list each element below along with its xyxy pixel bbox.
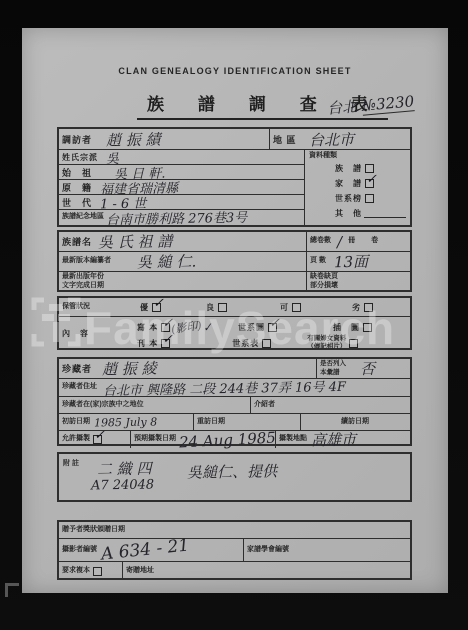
- followup-visit-label: 續訪日期: [341, 418, 369, 427]
- condition-fair-label: 可: [280, 302, 289, 313]
- ancestor-label: 始 祖: [62, 166, 92, 179]
- owner-address-label: 珍藏者住址: [62, 383, 97, 392]
- pedigree-table-label: 世系表: [232, 338, 259, 349]
- owner-address-value: 台北市 興隆路 二段 244巷 37弄 16号 4F: [103, 376, 346, 399]
- notes-label: 附 註: [63, 460, 79, 469]
- condition-fair-checkbox: [292, 303, 301, 312]
- filming-place-value: 高雄市: [311, 429, 356, 451]
- section-owner: 珍藏者 趙 振 綾 是否列入 本彙譜 否 珍藏者住址 台北市 興隆路 二段 24…: [57, 357, 412, 446]
- material-header: 資料種類: [309, 152, 406, 161]
- material-shixibang-label: 世系榜: [335, 193, 362, 204]
- section-numbering: 贈予者獎狀頒贈日期 攝影者編號 A 634 - 21 家譜學會編號 要求複本 寄…: [57, 520, 412, 580]
- partial-damage-label: 部分損壞: [310, 282, 338, 291]
- location-label: 族譜紀念地區: [62, 213, 104, 222]
- owner-value: 趙 振 綾: [102, 358, 157, 380]
- pages-label: 頁 數: [310, 257, 326, 266]
- title-value: 吳 氏 祖 譜: [98, 230, 173, 252]
- filming-date-label: 預期攝製日期: [134, 435, 176, 444]
- material-other-label: 其 他: [335, 208, 362, 219]
- printed-check: ✓: [162, 332, 173, 347]
- section-notes: 附 註 二 織 四 吳縋仁、提供 A7 24048: [57, 452, 412, 502]
- scanned-form-paper: CLAN GENEALOGY IDENTIFICATION SHEET 族 譜 …: [22, 28, 448, 593]
- society-number-label: 家譜學會編號: [247, 546, 289, 555]
- content-label: 內 容: [62, 328, 89, 339]
- listed-value: 否: [360, 358, 375, 379]
- manuscript-checkbox: ✓: [161, 323, 170, 332]
- interviewer-value: 趙 振 績: [106, 128, 161, 150]
- material-zupu-label: 族 譜: [335, 163, 362, 174]
- condition-excellent-label: 優: [140, 302, 149, 313]
- section-interview-info: 調訪者 趙 振 績 地 區 台北市 姓氏宗派 吳 始 祖 吳 日 軒. 原 籍: [57, 127, 412, 227]
- volumes-label: 總卷數: [310, 237, 331, 246]
- women-records-sub: （傳記相片）: [307, 343, 346, 351]
- filming-date-value: 24 Aug 1985: [179, 428, 277, 451]
- city-note: 台北: [326, 97, 357, 118]
- condition-good-checkbox: [218, 303, 227, 312]
- first-visit-label: 初訪日期: [62, 418, 90, 427]
- photocopy-check: ✓: [202, 320, 213, 334]
- condition-label: 保管狀況: [62, 303, 90, 312]
- material-jiapu-check: ✓: [366, 172, 377, 187]
- pedigree-chart-check: ✓: [269, 316, 280, 331]
- sheet-title-en: CLAN GENEALOGY IDENTIFICATION SHEET: [22, 66, 448, 76]
- listed-label-line1: 是否列入: [320, 360, 346, 368]
- pages-value: 13面: [334, 251, 368, 273]
- owner-clan-position-label: 珍藏者在(家)宗族中之地位: [62, 401, 144, 410]
- pedigree-chart-checkbox: ✓: [268, 323, 277, 332]
- illustrations-checkbox: [363, 323, 372, 332]
- mailing-address-label: 寄贈地址: [126, 567, 154, 576]
- material-other-blank: [364, 209, 406, 218]
- introducer-label: 介紹者: [254, 401, 275, 410]
- photographer-number-value: A 634 - 21: [100, 535, 190, 564]
- award-date-label: 贈予者獎狀頒贈日期: [62, 526, 125, 535]
- pub-year-label: 最新出版年份: [62, 273, 104, 282]
- text-date-label: 文字完成日期: [62, 282, 104, 291]
- copy-request-checkbox: [93, 567, 102, 576]
- condition-excellent-check: ✓: [153, 296, 164, 311]
- first-visit-value: 1985 July 8: [94, 415, 157, 429]
- interviewer-label: 調訪者: [62, 133, 92, 146]
- volumes-value: ∕: [337, 232, 342, 250]
- women-records-label: 有關婦女資料: [307, 335, 346, 343]
- filming-permission-check: ✓: [94, 428, 105, 443]
- notes-right: 吳縋仁、提供: [187, 460, 277, 483]
- section-genealogy-title: 族譜名 吳 氏 祖 譜 總卷數 ∕ 冊 卷 最新版本編纂者 吳 縋 仁. 頁 數…: [57, 230, 412, 292]
- pedigree-table-checkbox: [262, 339, 271, 348]
- owner-label: 珍藏者: [62, 362, 92, 375]
- area-label: 地 區: [273, 133, 297, 146]
- material-jiapu-checkbox: ✓: [365, 179, 374, 188]
- volumes-unit-juan: 卷: [371, 237, 378, 246]
- pedigree-chart-label: 世系圖: [238, 322, 265, 333]
- surname-label: 姓氏宗派: [62, 152, 98, 163]
- material-shixibang-checkbox: [365, 194, 374, 203]
- notes-line2: A7 24048: [91, 477, 154, 493]
- editor-value: 吳 縋 仁.: [137, 250, 197, 272]
- condition-good-label: 良: [206, 302, 215, 313]
- printed-checkbox: ✓: [161, 339, 170, 348]
- section-condition-contents: 保管狀況 優 ✓ 良 可 劣 內 容 寫 本 ✓ (影印) ✓ 世系圖 ✓ 插: [57, 296, 412, 350]
- editor-label: 最新版本編纂者: [62, 257, 111, 266]
- location-value: 台南市勝利路 276巷3号: [106, 207, 248, 228]
- condition-poor-label: 劣: [352, 302, 361, 313]
- number-note: №3230: [361, 92, 415, 115]
- manuscript-label: 寫 本: [137, 322, 158, 333]
- material-type-column: 資料種類 族 譜 家 譜 ✓ 世系榜 其 他: [305, 150, 410, 225]
- notes-line1: 二 織 四: [97, 458, 152, 480]
- photographer-number-label: 攝影者編號: [62, 546, 97, 555]
- missing-pages-label: 缺卷缺頁: [310, 273, 338, 282]
- generations-label: 世 代: [62, 196, 92, 209]
- filming-place-label: 攝製地點: [279, 435, 307, 444]
- area-value: 台北市: [308, 128, 353, 150]
- condition-excellent-checkbox: ✓: [152, 303, 161, 312]
- material-jiapu-label: 家 譜: [335, 178, 362, 189]
- title-label: 族譜名: [62, 235, 92, 248]
- watermark-corner-mark: [5, 583, 19, 597]
- condition-poor-checkbox: [364, 303, 373, 312]
- volumes-unit-ce: 冊: [348, 237, 355, 246]
- revisit-label: 重訪日期: [197, 418, 225, 427]
- printed-label: 刊 本: [137, 338, 158, 349]
- illustrations-label: 插 圖: [333, 322, 360, 333]
- filming-permission-label: 允許攝製: [62, 435, 90, 444]
- women-records-checkbox: [349, 339, 358, 348]
- filming-permission-checkbox: ✓: [93, 435, 102, 444]
- origin-label: 原 籍: [62, 181, 92, 194]
- copy-request-label: 要求複本: [62, 567, 90, 576]
